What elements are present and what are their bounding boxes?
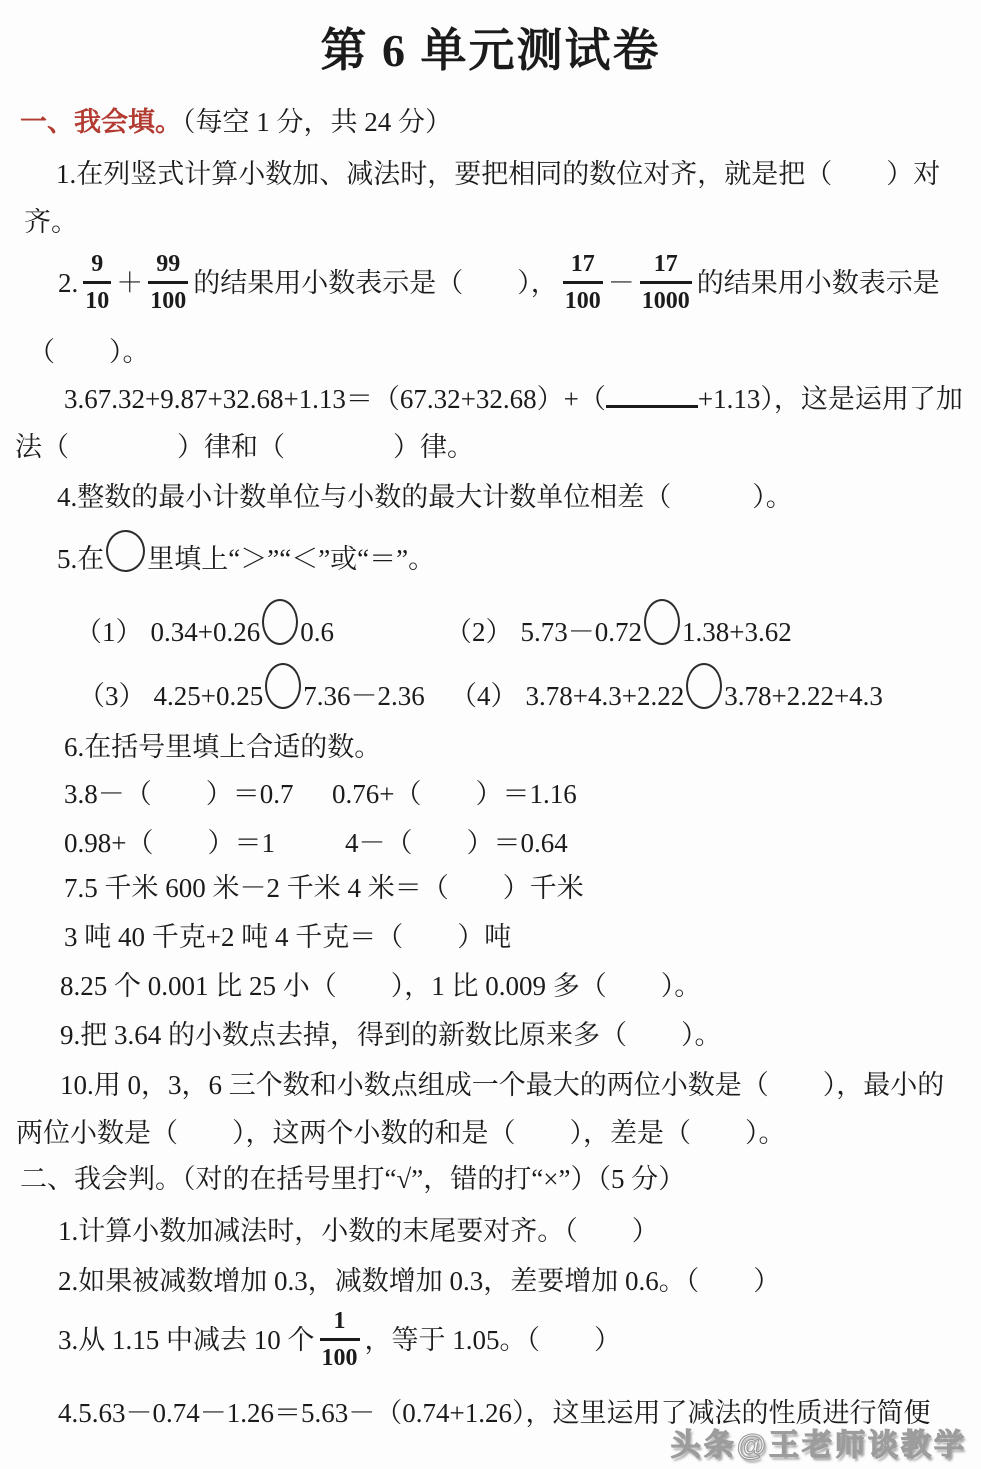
item-right-expression: 3.78+2.22+4.3: [724, 681, 883, 711]
compare-circle: [265, 663, 301, 709]
fraction-17-100: 17100: [563, 252, 603, 313]
section2-question-1: 1.计算小数加减法时，小数的末尾要对齐。（ ）: [58, 1213, 659, 1249]
question-5-row-1: （1）0.34+0.260.6 （2）5.73－0.721.38+3.62: [0, 612, 981, 658]
question-2-line-2: （ ）。: [28, 334, 150, 370]
item-label: （3）: [78, 681, 146, 711]
item-left-expression: 3.78+4.3+2.22: [526, 681, 685, 711]
test-paper-page: 第 6 单元测试卷 一、我会填。（每空 1 分，共 24 分） 1.在列竖式计算…: [0, 0, 981, 1469]
question-3-line-1: 3.67.32+9.87+32.68+1.13＝（67.32+32.68）+（+…: [64, 381, 963, 417]
plus-sign: ＋: [116, 268, 143, 298]
question-6-cell-b: 0.76+（ ）＝1.16: [332, 776, 577, 812]
compare-circle: [644, 599, 680, 645]
question-5-item-1: （1）0.34+0.260.6: [75, 617, 334, 647]
fraction-1-100: 1100: [320, 1309, 360, 1370]
question-3-pre-text: 3.从 1.15 中减去 10 个: [58, 1325, 315, 1355]
fraction-9-10: 910: [83, 252, 111, 313]
watermark-text: 头条@王老师谈教学: [671, 1420, 967, 1464]
item-label: （4）: [450, 681, 518, 711]
fraction-17-1000: 171000: [640, 252, 692, 313]
question-9: 9.把 3.64 的小数点去掉，得到的新数比原来多（ ）。: [60, 1017, 722, 1053]
question-6-row-1: 3.8－（ ）＝0.7 0.76+（ ）＝1.16: [0, 776, 981, 812]
question-5-item-3: （3）4.25+0.257.36－2.36: [78, 681, 425, 711]
question-8: 8.25 个 0.001 比 25 小（ ），1 比 0.009 多（ ）。: [60, 968, 701, 1004]
question-7-line-1: 7.5 千米 600 米－2 千米 4 米＝（ ）千米: [64, 870, 584, 906]
question-4: 4.整数的最小计数单位与小数的最大计数单位相差（ ）。: [57, 479, 793, 515]
item-right-expression: 7.36－2.36: [303, 681, 425, 711]
question-5-post-text: 里填上“＞”“＜”或“＝”。: [147, 544, 435, 574]
question-3-line-2: 法（ ）律和（ ）律。: [15, 429, 474, 465]
fill-blank-line: [606, 385, 698, 408]
compare-circle: [686, 663, 722, 709]
item-label: （1）: [75, 617, 143, 647]
item-left-expression: 0.34+0.26: [151, 617, 261, 647]
question-5-item-2: （2）5.73－0.721.38+3.62: [445, 612, 792, 658]
question-6-row-2: 0.98+（ ）＝1 4－（ ）＝0.64: [0, 825, 981, 861]
section2-heading: 二、我会判。（对的在括号里打“√”，错的打“×”）（5 分）: [20, 1161, 685, 1197]
page-title: 第 6 单元测试卷: [0, 14, 981, 80]
minus-sign: －: [608, 268, 635, 298]
question-7-line-2: 3 吨 40 千克+2 吨 4 千克＝（ ）吨: [64, 919, 511, 955]
question-2-line-1: 2.910＋99100的结果用小数表示是（ ），17100－171000的结果用…: [58, 248, 940, 318]
question-10-line-1: 10.用 0，3，6 三个数和小数点组成一个最大的两位小数是（ ），最小的: [60, 1067, 944, 1103]
item-left-expression: 5.73－0.72: [521, 617, 643, 647]
question-6-cell-a: 0.98+（ ）＝1: [64, 828, 275, 858]
question-1-line-1: 1.在列竖式计算小数加、减法时，要把相同的数位对齐，就是把（ ）对: [56, 156, 940, 192]
item-label: （2）: [445, 617, 513, 647]
question-2-number: 2.: [58, 268, 78, 298]
question-2-mid-text: 的结果用小数表示是（ ），: [193, 268, 558, 298]
question-5-item-4: （4）3.78+4.3+2.223.78+2.22+4.3: [450, 676, 883, 722]
question-5-heading: 5.在里填上“＞”“＜”或“＝”。: [57, 541, 435, 583]
section2-question-3: 3.从 1.15 中减去 10 个1100，等于 1.05。（ ）: [58, 1305, 621, 1375]
question-6-cell-a: 3.8－（ ）＝0.7: [64, 779, 294, 809]
compare-circle: [262, 599, 298, 645]
question-5-row-2: （3）4.25+0.257.36－2.36 （4）3.78+4.3+2.223.…: [0, 676, 981, 722]
question-1-line-2: 齐。: [24, 204, 78, 240]
section1-heading-note: （每空 1 分，共 24 分）: [182, 107, 452, 137]
fraction-99-100: 99100: [148, 252, 188, 313]
section2-question-2: 2.如果被减数增加 0.3，减数增加 0.3，差要增加 0.6。（ ）: [58, 1263, 780, 1299]
question-5-pre-text: 5.在: [57, 544, 104, 574]
section1-heading: 一、我会填。（每空 1 分，共 24 分）: [20, 104, 452, 140]
question-3-post-text: +1.13），这是运用了加: [698, 384, 963, 414]
question-3-post-text: ，等于 1.05。（ ）: [365, 1325, 622, 1355]
item-right-expression: 1.38+3.62: [682, 617, 792, 647]
question-6-cell-b: 4－（ ）＝0.64: [345, 825, 568, 861]
item-right-expression: 0.6: [300, 617, 334, 647]
question-2-tail-text: 的结果用小数表示是: [697, 268, 940, 298]
question-3-pre-text: 3.67.32+9.87+32.68+1.13＝（67.32+32.68）+（: [64, 384, 606, 414]
question-10-line-2: 两位小数是（ ），这两个小数的和是（ ），差是（ ）。: [16, 1115, 786, 1151]
section1-heading-title: 一、我会填。: [20, 107, 182, 137]
compare-circle: [106, 530, 145, 572]
item-left-expression: 4.25+0.25: [154, 681, 264, 711]
question-6-heading: 6.在括号里填上合适的数。: [64, 729, 381, 765]
